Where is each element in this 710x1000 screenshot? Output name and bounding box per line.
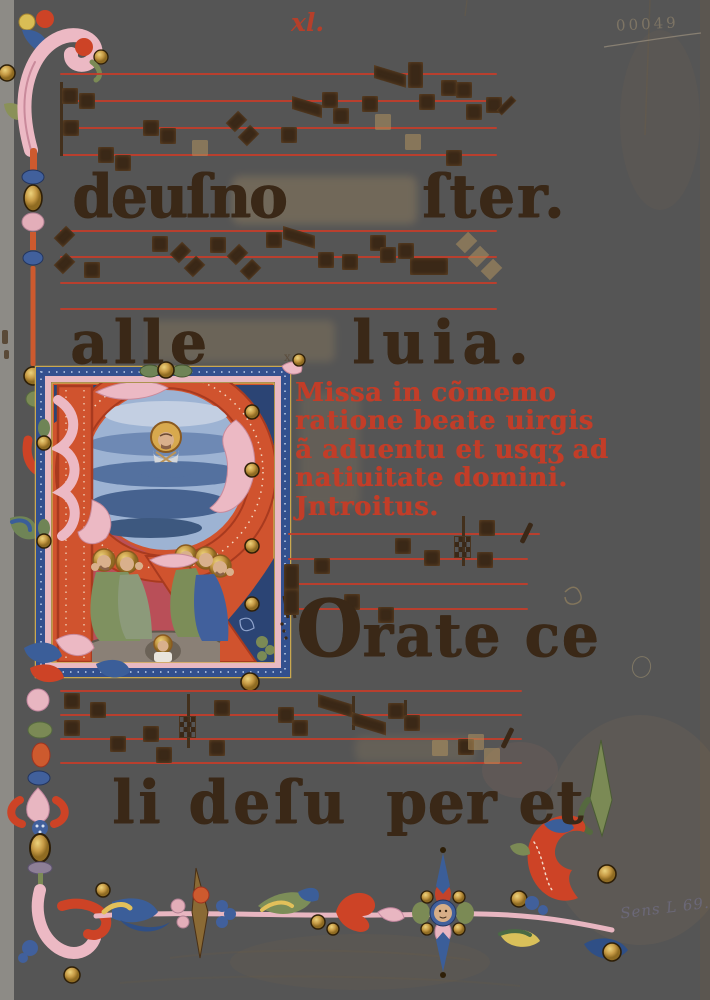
custos-flag: [454, 536, 471, 558]
chant-word-alle: alle: [70, 307, 213, 378]
neume-diamond: [227, 244, 249, 266]
staff-line: [60, 762, 522, 764]
rubric-line: ratione beate uirgis: [295, 407, 575, 435]
staff-line: [288, 533, 540, 535]
neume-punctum: [210, 237, 226, 253]
neume-punctum: [156, 747, 172, 763]
neume-punctum: [318, 252, 334, 268]
staff-line: [60, 282, 497, 284]
neume-punctum: [342, 254, 358, 270]
neume-punctum: [484, 748, 500, 764]
neume-punctum: [395, 538, 411, 554]
neume-punctum: [466, 104, 482, 120]
rubric-text: Missa in cõmemo ratione beate uirgis ã a…: [295, 379, 575, 521]
rubric-line: Missa in cõmemo: [295, 379, 575, 407]
neume-punctum: [62, 88, 78, 104]
staff-line: [60, 738, 522, 740]
neume-punctum: [192, 140, 208, 156]
staff-line: [60, 127, 497, 129]
neume-punctum: [432, 740, 448, 756]
neume-punctum: [143, 120, 159, 136]
neume-punctum: [398, 243, 414, 259]
rubric-line: ã aduentu et usqʒ ad: [295, 436, 575, 464]
neume-punctum: [314, 558, 330, 574]
neume-punctum: [333, 108, 349, 124]
staff-line: [60, 690, 522, 692]
neume-punctum: [214, 700, 230, 716]
neume-oblong: [410, 258, 448, 275]
folio-number: xl.: [291, 8, 324, 37]
neume-punctum: [292, 720, 308, 736]
neume-punctum: [477, 552, 493, 568]
rubric-line: Jntroitus.: [295, 493, 575, 521]
neume-diamond: [170, 242, 192, 264]
neume-punctum: [380, 247, 396, 263]
neume-punctum: [404, 715, 420, 731]
neume-diamond: [240, 259, 262, 281]
chant-word-deus-no: deuſno: [72, 161, 285, 232]
page-edge-speck: [2, 330, 8, 344]
neume-diamond: [184, 256, 206, 278]
scribal-x-mark: x: [284, 350, 291, 364]
chant-word-luia: luia.: [352, 307, 536, 378]
chant-word-ster: ſter.: [422, 161, 566, 232]
neume-punctum: [441, 80, 457, 96]
neume-punctum: [456, 82, 472, 98]
chant-word-orate-ce: Orate ce: [296, 582, 600, 675]
neume-punctum: [84, 262, 100, 278]
neume-punctum: [322, 92, 338, 108]
neume-punctum: [424, 550, 440, 566]
neume-punctum: [63, 120, 79, 136]
page-edge-speck: [4, 350, 9, 359]
neume-punctum: [152, 236, 168, 252]
neume-punctum: [79, 93, 95, 109]
neume-punctum: [468, 734, 484, 750]
pencil-foliation: 00049: [616, 13, 680, 34]
neume-punctum: [143, 726, 159, 742]
neume-punctum: [160, 128, 176, 144]
neume-punctum: [64, 720, 80, 736]
neume-punctum: [209, 740, 225, 756]
neume-punctum: [388, 703, 404, 719]
neume-diamond: [481, 259, 503, 281]
neume-punctum: [90, 702, 106, 718]
neume-punctum: [419, 94, 435, 110]
neume-virga: [408, 62, 423, 88]
staff-line: [60, 73, 497, 75]
custos-flag: [179, 716, 196, 738]
neume-punctum: [266, 232, 282, 248]
neume-punctum: [64, 693, 80, 709]
neume-punctum: [110, 736, 126, 752]
chant-word-per-et: per et: [386, 767, 584, 838]
rubric-line: natiuitate domini.: [295, 464, 575, 492]
neume-punctum: [362, 96, 378, 112]
neume-punctum: [479, 520, 495, 536]
neume-oblique: [374, 65, 406, 88]
neume-punctum: [405, 134, 421, 150]
manuscript-page: xl. 00049 deuſno ſter. alle luia. x Miss…: [0, 0, 710, 1000]
neume-punctum: [281, 127, 297, 143]
chant-word-li-desu: li deſu: [112, 767, 349, 838]
neume-punctum: [375, 114, 391, 130]
